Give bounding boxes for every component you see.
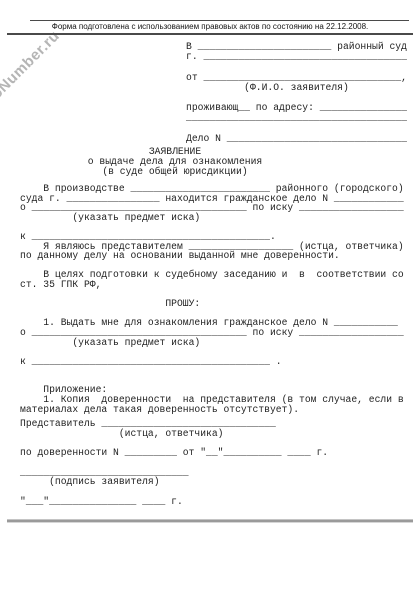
document-body: В производстве ________________________ … <box>20 184 404 414</box>
court-address-block: В _______________________ районный суд г… <box>186 42 407 144</box>
header-notice: Форма подготовлена с использованием прав… <box>10 22 410 31</box>
header-rule-top <box>30 20 409 21</box>
watermark: NoNumber.ru <box>0 27 63 110</box>
header-rule-bottom <box>7 33 413 35</box>
document-page: NoNumber.ru Форма подготовлена с использ… <box>0 0 420 600</box>
bottom-rule <box>7 520 413 522</box>
signature-block: Представитель __________________________… <box>20 419 328 506</box>
document-title: ЗАЯВЛЕНИЕ о выдаче дела для ознакомления… <box>20 147 330 177</box>
